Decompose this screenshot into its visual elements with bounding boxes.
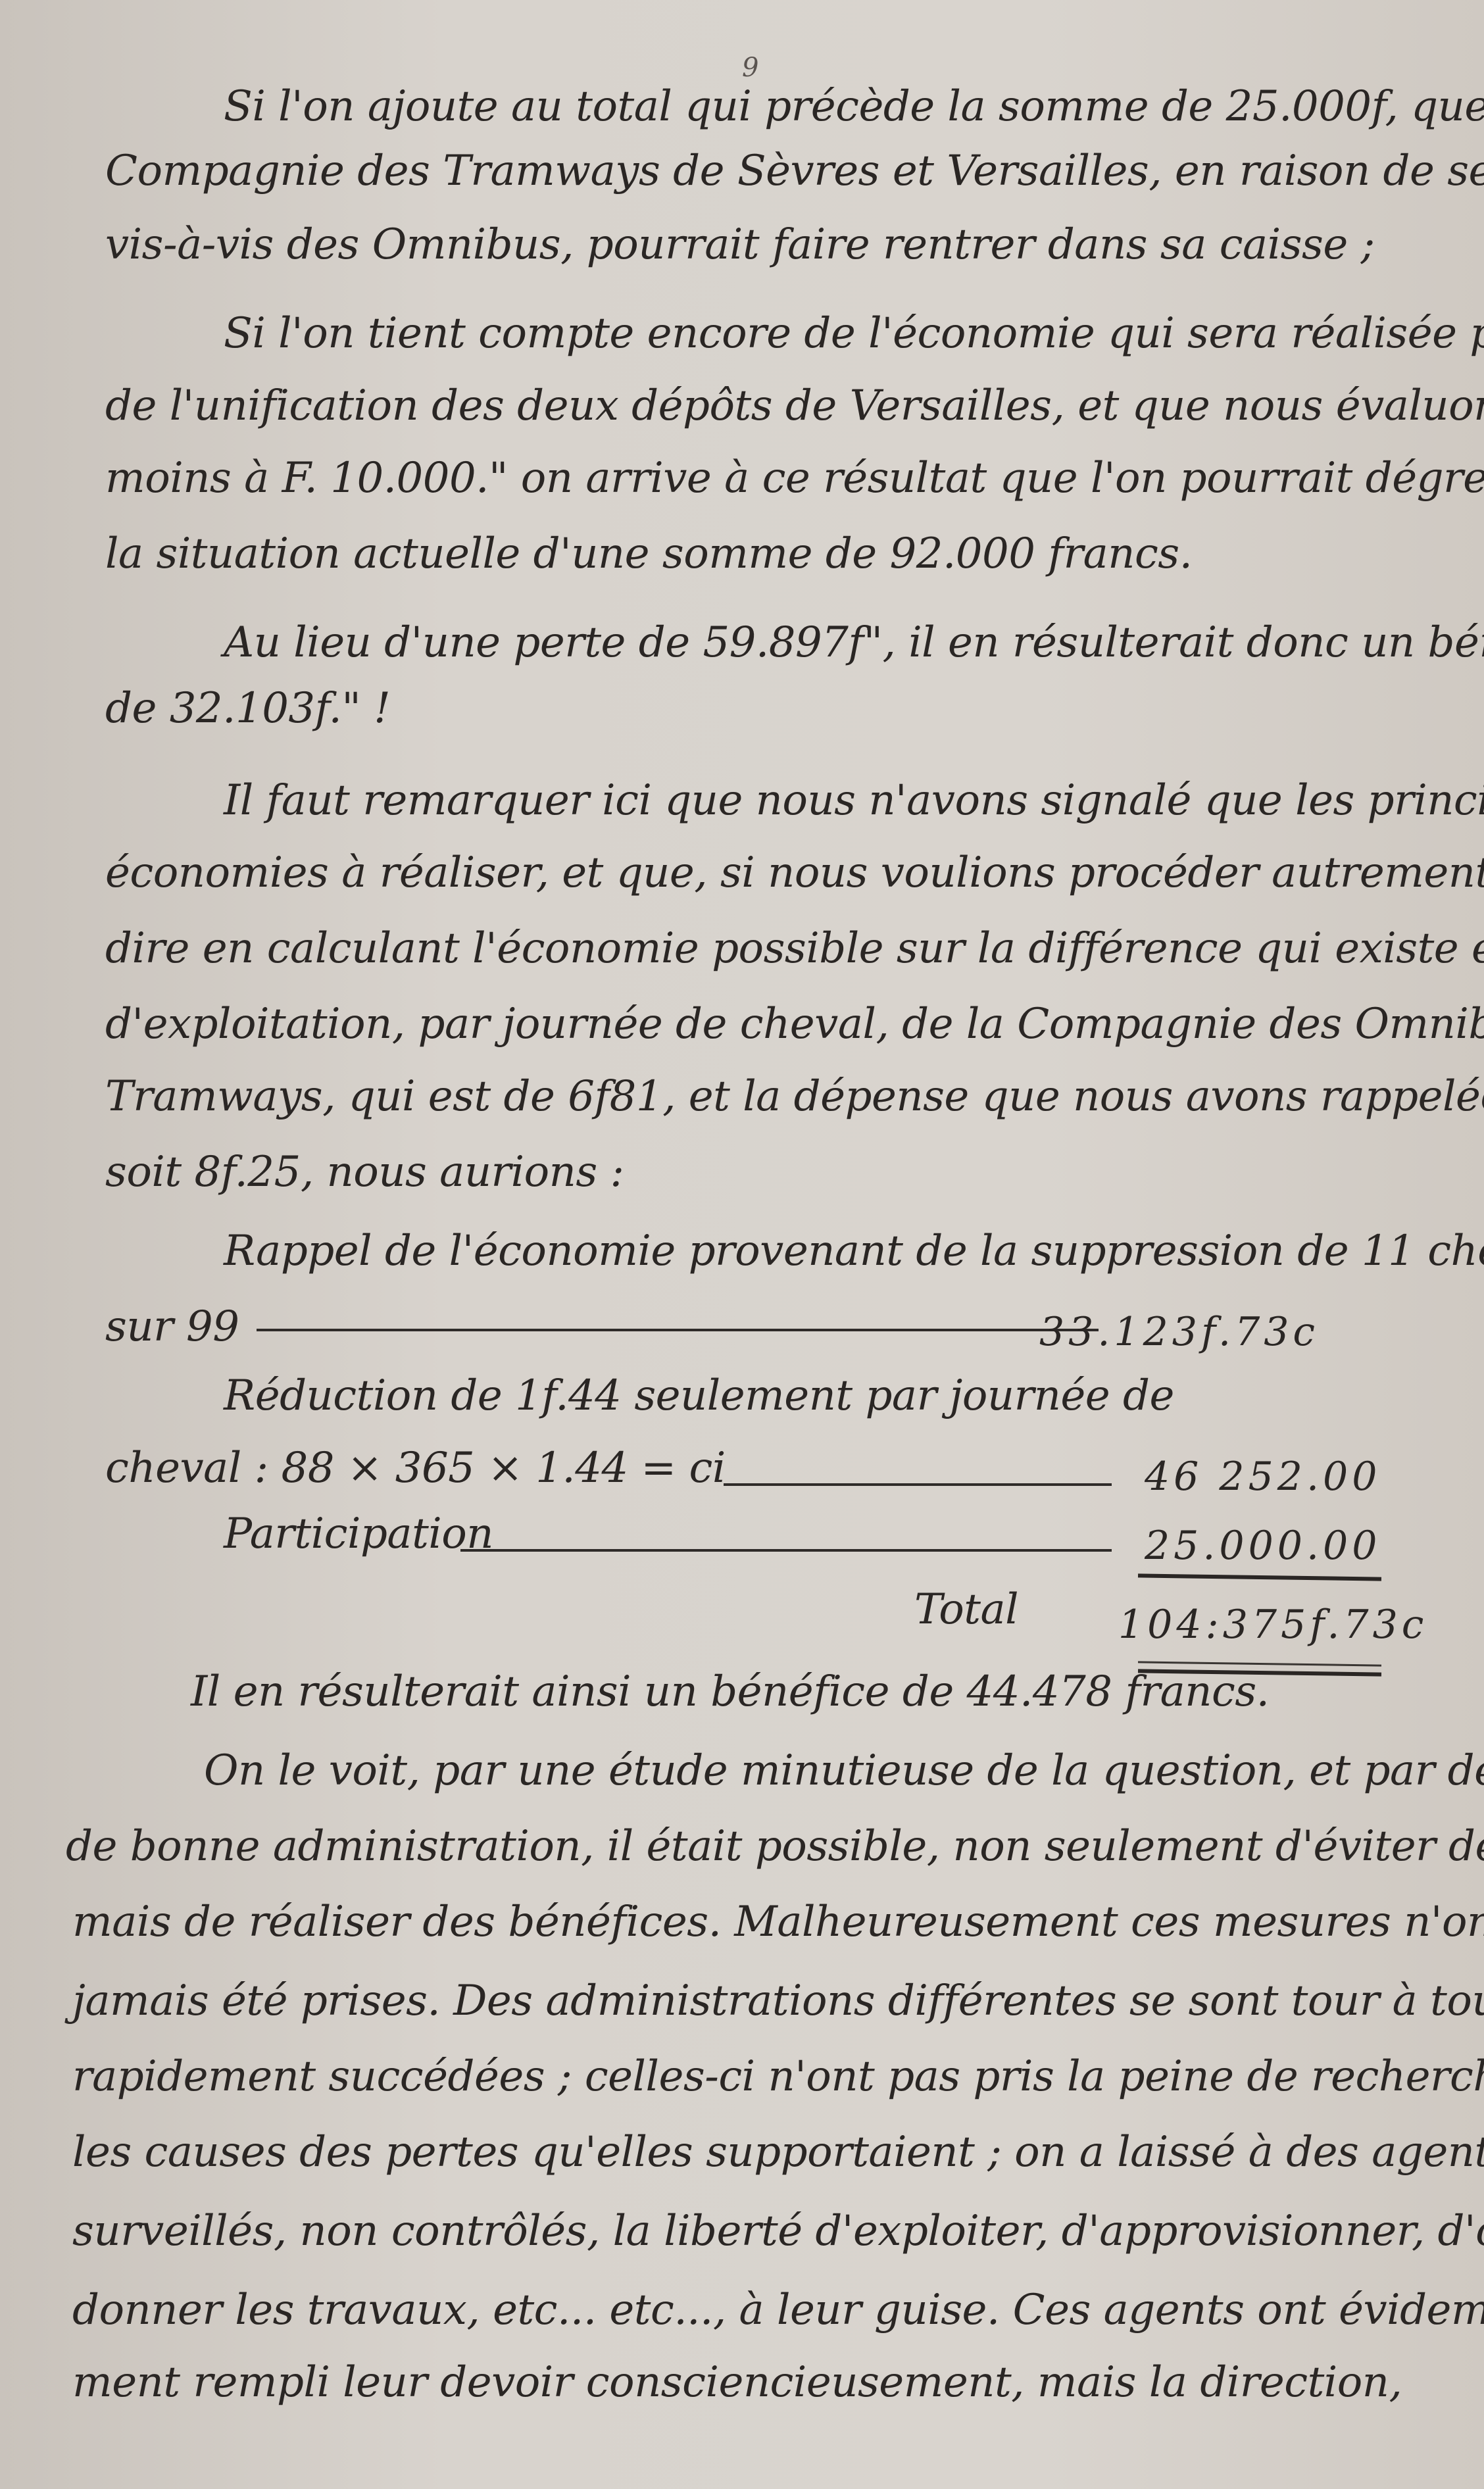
text-line: rapidement succédées ; celles-ci n'ont p… (72, 2056, 1484, 2098)
text-line: jamais été prises. Des administrations d… (72, 1980, 1484, 2022)
text-line: On le voit, par une étude minutieuse de … (204, 1750, 1484, 1792)
double-rule (1138, 1661, 1381, 1666)
text-line: de l'unification des deux dépôts de Vers… (105, 385, 1484, 427)
ledger-amount: 46 252.00 (1145, 1454, 1381, 1500)
text-line: Si l'on ajoute au total qui précède la s… (224, 86, 1484, 128)
text-line: Tramways, qui est de 6f81, et la dépense… (105, 1075, 1484, 1118)
text-line: Si l'on tient compte encore de l'économi… (224, 312, 1484, 355)
leader-rule (257, 1329, 1099, 1331)
manuscript-page: 9 Si l'on ajoute au total qui précède la… (0, 0, 1484, 2489)
text-line: Compagnie des Tramways de Sèvres et Vers… (105, 150, 1484, 192)
text-line: Au lieu d'une perte de 59.897f", il en r… (224, 622, 1484, 664)
text-line: moins à F. 10.000." on arrive à ce résul… (105, 457, 1484, 499)
ledger-row-label: Participation (224, 1513, 493, 1555)
page-number: 9 (742, 53, 758, 83)
text-line: d'exploitation, par journée de cheval, d… (105, 1003, 1484, 1045)
text-line: de 32.103f." ! (105, 687, 390, 729)
sum-rule (1138, 1573, 1381, 1581)
text-line: de bonne administration, il était possib… (66, 1825, 1484, 1867)
text-line: mais de réaliser des bénéfices. Malheure… (72, 1901, 1484, 1943)
leader-rule (460, 1549, 1112, 1552)
leader-rule (724, 1483, 1112, 1486)
text-line: Il faut remarquer ici que nous n'avons s… (224, 779, 1484, 822)
text-line: soit 8f.25, nous aurions : (105, 1151, 624, 1193)
total-amount: 104:375f.73c (1118, 1602, 1427, 1648)
text-line: ment rempli leur devoir consciencieuseme… (72, 2361, 1402, 2403)
text-line: surveillés, non contrôlés, la liberté d'… (72, 2210, 1484, 2252)
text-line: la situation actuelle d'une somme de 92.… (105, 533, 1192, 575)
text-line: donner les travaux, etc... etc..., à leu… (72, 2289, 1484, 2331)
text-line: dire en calculant l'économie possible su… (105, 927, 1484, 970)
text-line: Il en résulterait ainsi un bénéfice de 4… (191, 1671, 1270, 1713)
ledger-row-label: Rappel de l'économie provenant de la sup… (224, 1230, 1484, 1272)
text-line: vis-à-vis des Omnibus, pourrait faire re… (105, 224, 1375, 266)
ledger-amount: 33.123f.73c (1039, 1309, 1319, 1355)
ledger-amount: 25.000.00 (1145, 1523, 1381, 1569)
text-line: économies à réaliser, et que, si nous vo… (105, 852, 1484, 894)
total-label: Total (914, 1589, 1018, 1631)
ledger-row-label: sur 99 (105, 1306, 239, 1348)
text-line: les causes des pertes qu'elles supportai… (72, 2131, 1484, 2173)
ledger-row-label: Réduction de 1f.44 seulement par journée… (224, 1375, 1174, 1417)
ledger-row-label: cheval : 88 × 365 × 1.44 = ci (105, 1447, 726, 1489)
